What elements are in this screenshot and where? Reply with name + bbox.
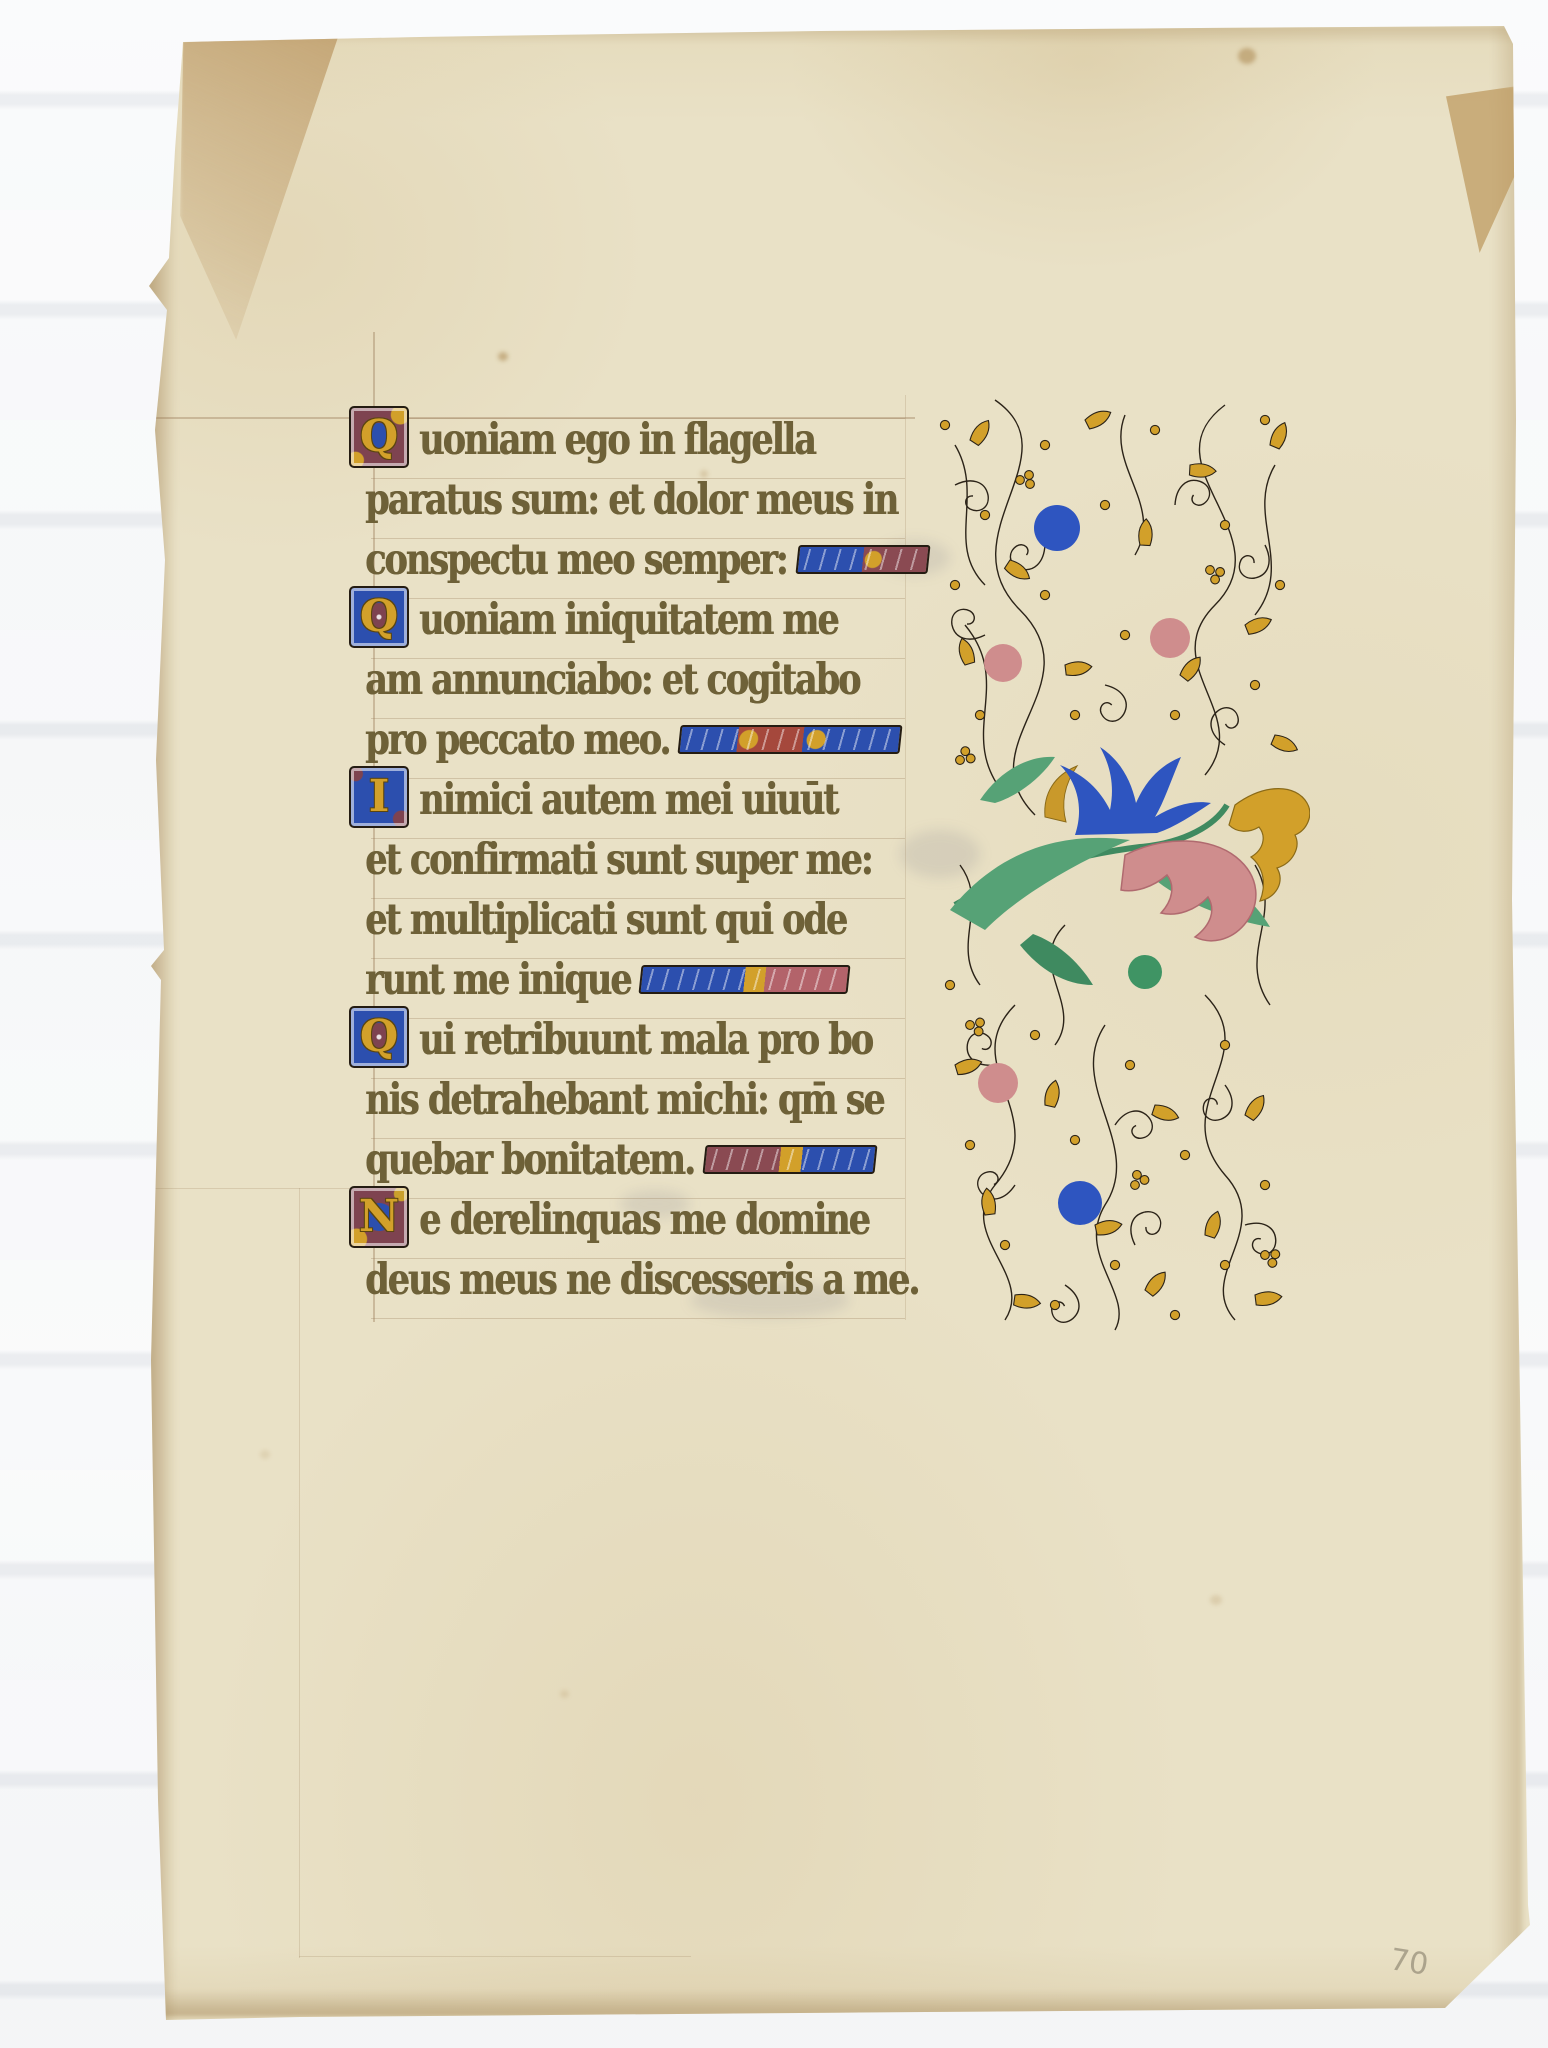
- fox-spot: [1210, 1595, 1222, 1605]
- text-line: Q uoniam iniquitatem me: [365, 590, 913, 650]
- line-filler: [703, 1145, 878, 1174]
- green-berry: [1128, 955, 1162, 989]
- rose-roundel: [1150, 618, 1190, 658]
- fox-spot: [260, 1450, 270, 1459]
- line-text: uoniam ego in flagella: [419, 415, 815, 465]
- illuminated-initial-Q: Q: [349, 1006, 409, 1068]
- text-line: quebar bonitatem.: [365, 1130, 913, 1190]
- text-line: Q uoniam ego in flagella: [365, 410, 913, 470]
- line-text: runt me inique: [365, 955, 630, 1005]
- line-text: et confirmati sunt super me:: [365, 835, 872, 885]
- line-text: deus meus ne discesseris a me.: [365, 1255, 918, 1305]
- illuminated-initial-Q: Q: [349, 406, 409, 468]
- line-text: pro peccato meo.: [365, 715, 669, 765]
- initial-letter: Q: [360, 1015, 398, 1059]
- line-filler: [639, 965, 851, 994]
- line-text: paratus sum: et dolor meus in: [365, 475, 897, 525]
- text-line: nis detrahebant michi: qm̄ se: [365, 1070, 913, 1130]
- text-line: et multiplicati sunt qui ode: [365, 890, 913, 950]
- text-line: paratus sum: et dolor meus in: [365, 470, 913, 530]
- fox-spot: [498, 352, 508, 361]
- text-line: et confirmati sunt super me:: [365, 830, 913, 890]
- text-line: conspectu meo semper:: [365, 530, 913, 590]
- initial-letter: I: [369, 775, 390, 819]
- line-text: nis detrahebant michi: qm̄ se: [365, 1075, 883, 1125]
- line-text: et multiplicati sunt qui ode: [365, 895, 846, 945]
- initial-letter: Q: [360, 415, 398, 459]
- line-text: uoniam iniquitatem me: [419, 595, 838, 645]
- illuminated-initial-N: N: [349, 1186, 409, 1248]
- folio-number: 70: [1387, 1942, 1430, 1983]
- line-filler: [795, 545, 930, 574]
- text-line: runt me inique: [365, 950, 913, 1010]
- illuminated-initial-Q: Q: [349, 586, 409, 648]
- line-text: e derelinquas me domine: [419, 1195, 869, 1245]
- stain-top-left-corner: [180, 36, 345, 346]
- rose-roundel: [984, 644, 1022, 682]
- vellum-leaf: Q uoniam ego in flagella paratus sum: et…: [0, 0, 1548, 2048]
- fox-spot: [1238, 48, 1256, 64]
- line-text: conspectu meo semper:: [365, 535, 787, 585]
- initial-letter: Q: [360, 595, 398, 639]
- blue-roundel: [1058, 1181, 1102, 1225]
- text-line: I nimici autem mei uiuūt: [365, 770, 913, 830]
- blue-roundel: [1034, 505, 1080, 551]
- illuminated-initial-I: I: [349, 766, 409, 828]
- fox-spot: [560, 1690, 569, 1698]
- text-line: am annunciabo: et cogitabo: [365, 650, 913, 710]
- text-line: pro peccato meo.: [365, 710, 913, 770]
- line-filler: [678, 725, 903, 754]
- line-text: quebar bonitatem.: [365, 1135, 694, 1185]
- initial-letter: N: [359, 1195, 399, 1239]
- line-text: nimici autem mei uiuūt: [419, 775, 837, 825]
- ruling-line-horizontal: [299, 1956, 691, 1957]
- text-line: N e derelinquas me domine: [365, 1190, 913, 1250]
- text-line: deus meus ne discesseris a me.: [365, 1250, 913, 1310]
- ruling-line-vertical: [299, 1188, 300, 1958]
- line-text: ui retribuunt mala pro bo: [419, 1015, 872, 1065]
- rose-roundel: [978, 1063, 1018, 1103]
- text-block: Q uoniam ego in flagella paratus sum: et…: [365, 410, 913, 1310]
- text-line: Q ui retribuunt mala pro bo: [365, 1010, 913, 1070]
- floral-border: [925, 385, 1310, 1340]
- line-text: am annunciabo: et cogitabo: [365, 655, 859, 705]
- stain-top-right-corner: [1438, 86, 1518, 258]
- floral-border-art: [925, 385, 1310, 1340]
